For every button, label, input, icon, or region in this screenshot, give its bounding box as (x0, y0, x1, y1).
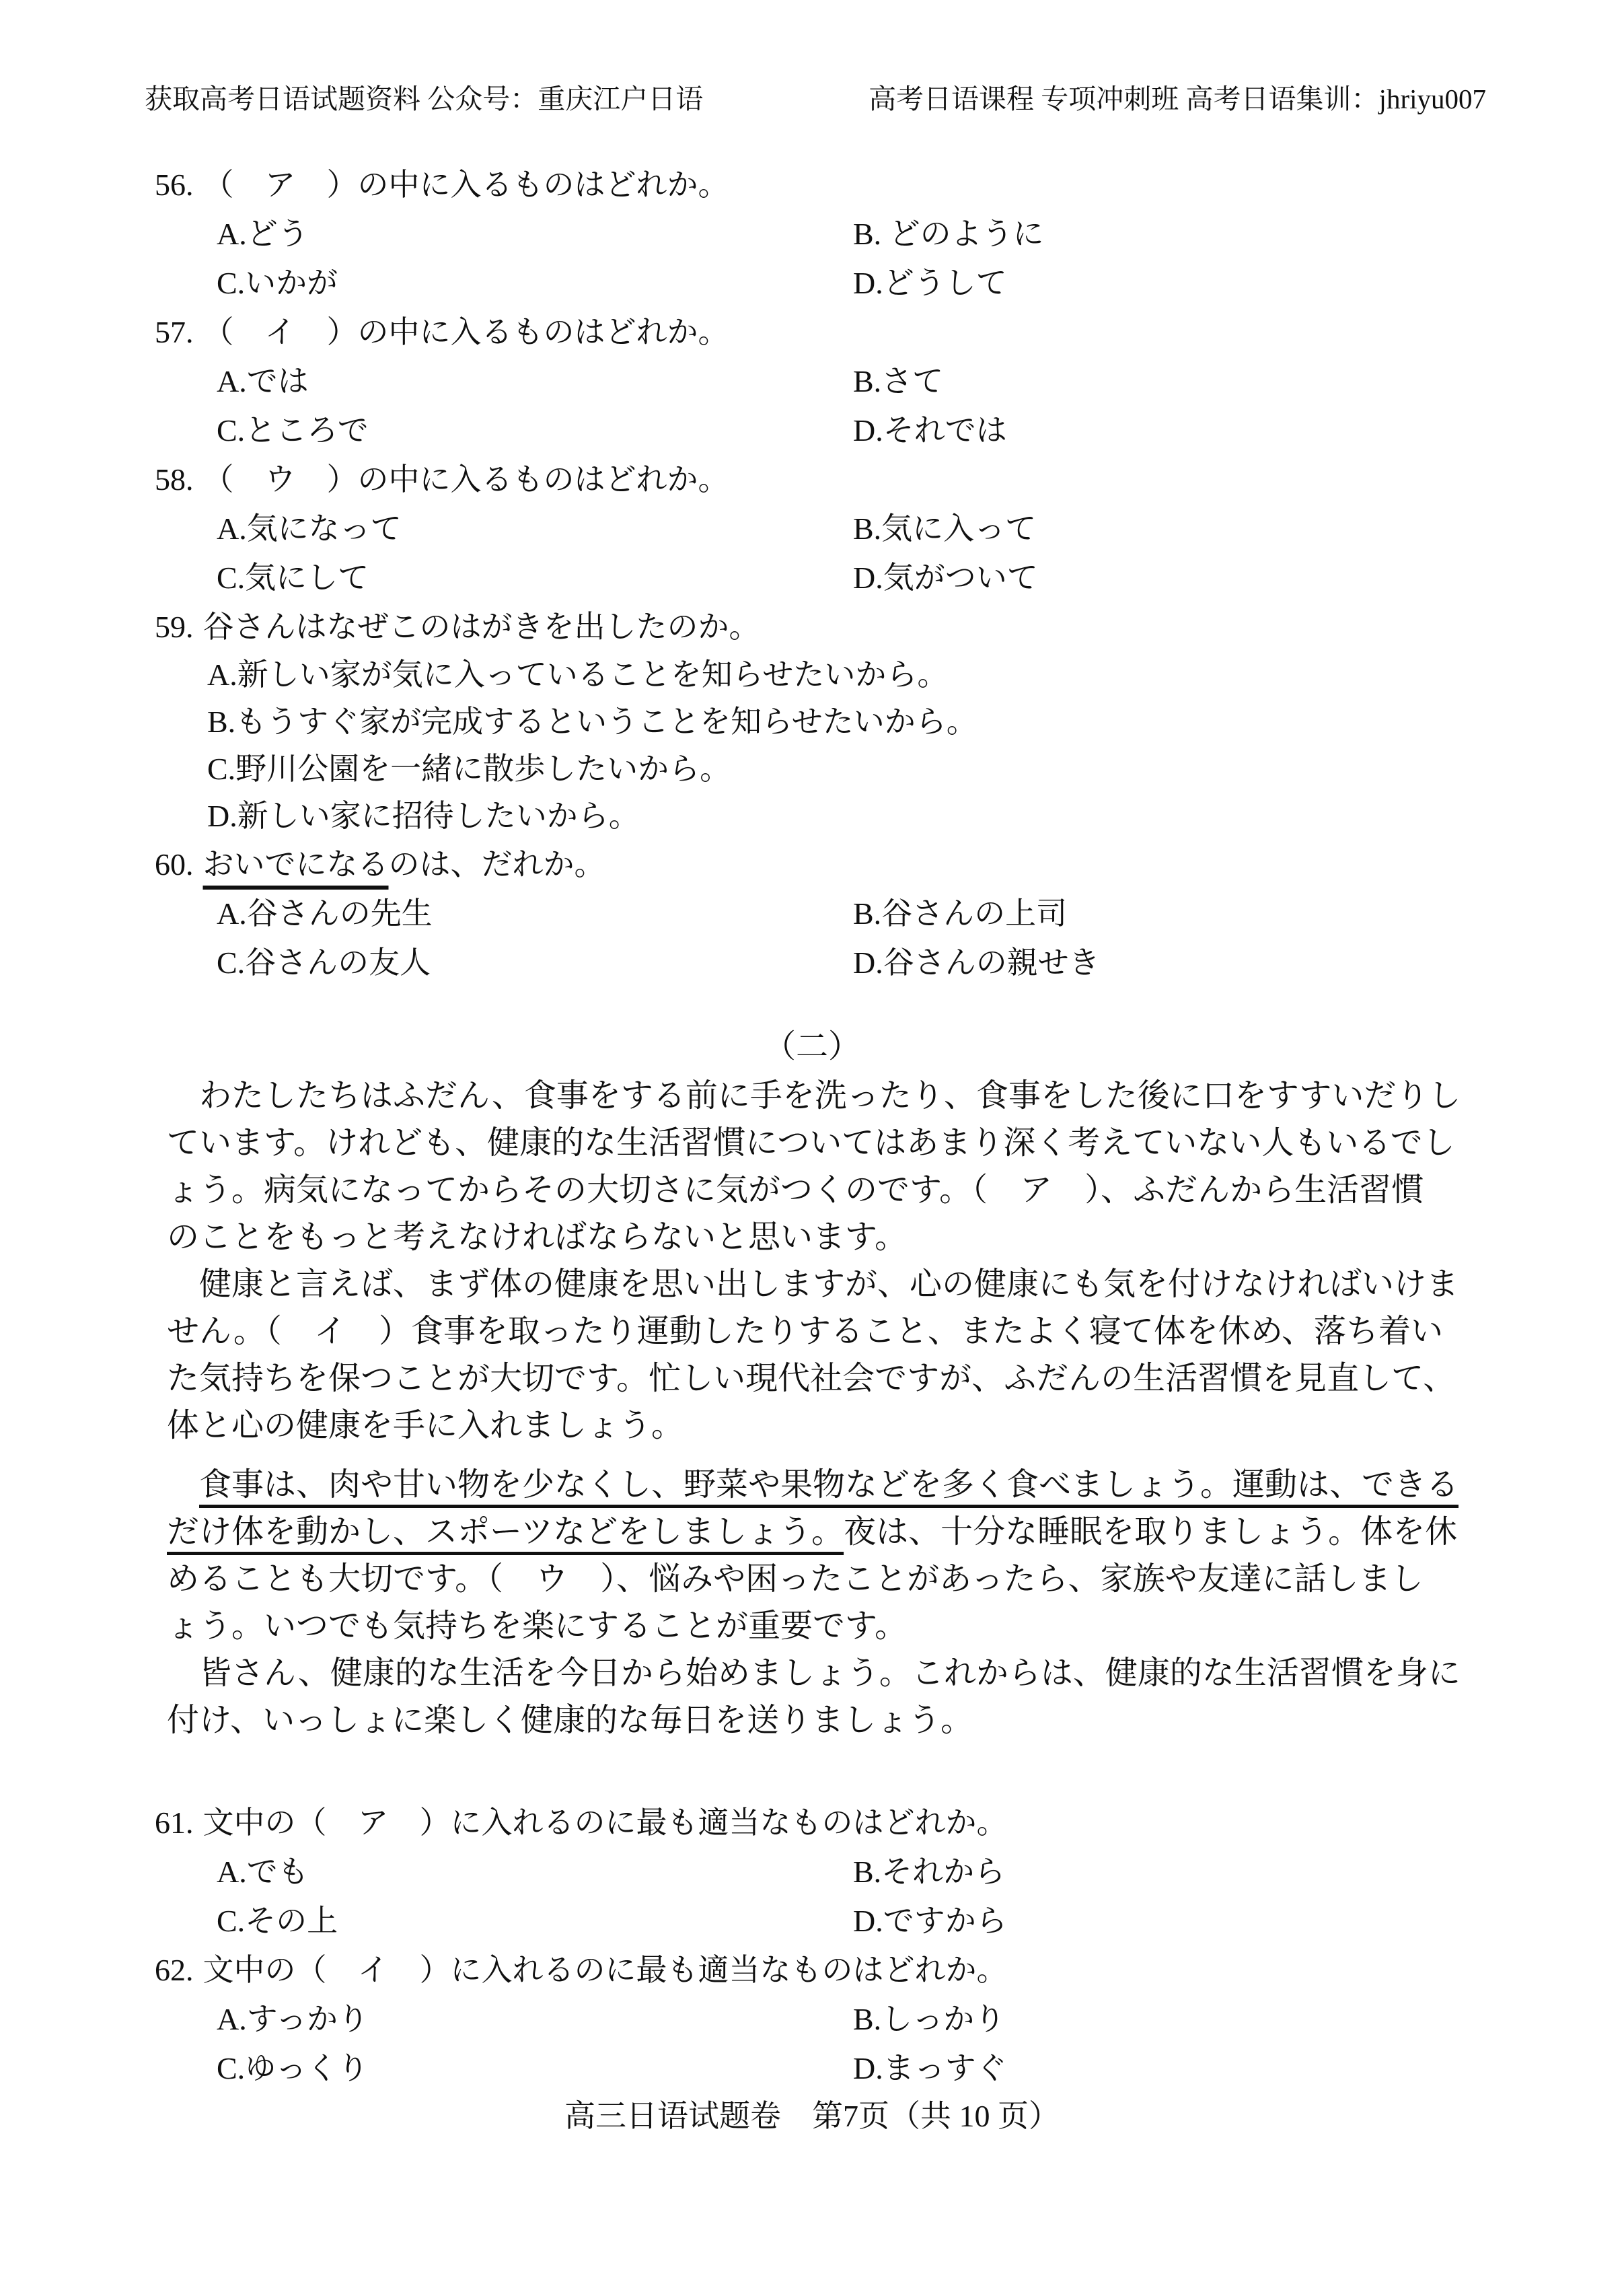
page-header: 获取高考日语试题资料 公众号：重庆江户日语 高考日语课程 专项冲刺班 高考日语集… (145, 82, 1486, 116)
passage-line: ょう。いつでも気持ちを楽にすることが重要です。 (0, 1603, 1624, 1650)
question-stem: 60.おいでになるのは、だれか。 (0, 840, 1624, 889)
passage-underlined-text: 食事は、肉や甘い物を少なくし、野菜や果物などを多く食べましょう。運動は、できる (199, 1467, 1459, 1503)
option-b: B.それから (853, 1847, 1005, 1896)
option-row: C.いかが D.どうして (0, 258, 1624, 308)
question-57: 57.（ イ ）の中に入るものはどれか。 A.では B.さて C.ところで D.… (0, 308, 1624, 455)
section-heading: （二） (0, 1021, 1624, 1073)
question-number: 59. (155, 610, 194, 644)
passage-line: めることも大切です。（ ウ ）、悩みや困ったことがあったら、家族や友達に話しまし (0, 1556, 1624, 1603)
option-a: A.谷さんの先生 (217, 896, 433, 931)
option-c: C.野川公園を一緒に散歩したいから。 (0, 746, 1624, 793)
option-row: C.気にして D.気がついて (0, 553, 1624, 602)
option-row: C.ところで D.それでは (0, 406, 1624, 455)
question-number: 60. (155, 847, 194, 882)
option-b: B.谷さんの上司 (853, 889, 1067, 938)
question-stem-text: 文中の（ ア ）に入れるのに最も適当なものはどれか。 (203, 1805, 1008, 1840)
header-left-text: 获取高考日语试题资料 公众号：重庆江户日语 (145, 82, 703, 116)
option-c: C.ところで (217, 413, 369, 447)
option-row: C.谷さんの友人 D.谷さんの親せき (0, 938, 1624, 987)
option-c: C.ゆっくり (217, 2051, 369, 2085)
option-b: B.さて (853, 357, 943, 406)
passage-line: わたしたちはふだん、食事をする前に手を洗ったり、食事をした後に口をすすいだりし (0, 1073, 1624, 1120)
question-number: 58. (155, 462, 194, 497)
option-row: A.すっかり B.しっかり (0, 1995, 1624, 2044)
option-a: A.気になって (217, 511, 402, 546)
passage-line: 皆さん、健康的な生活を今日から始めましょう。これからは、健康的な生活習慣を身に (0, 1650, 1624, 1697)
passage-line: 体と心の健康を手に入れましょう。 (0, 1402, 1624, 1449)
question-56: 56.（ ア ）の中に入るものはどれか。 A.どう B. どのように C.いかが… (0, 160, 1624, 308)
option-row: A.でも B.それから (0, 1847, 1624, 1896)
exam-page: 获取高考日语试题资料 公众号：重庆江户日语 高考日语课程 专项冲刺班 高考日语集… (0, 0, 1624, 2296)
passage-line: 食事は、肉や甘い物を少なくし、野菜や果物などを多く食べましょう。運動は、できる (0, 1462, 1624, 1509)
question-62: 62.文中の（ イ ）に入れるのに最も適当なものはどれか。 A.すっかり B.し… (0, 1945, 1624, 2093)
question-stem-text: のは、だれか。 (389, 847, 605, 882)
exam-body: 56.（ ア ）の中に入るものはどれか。 A.どう B. どのように C.いかが… (0, 160, 1624, 2140)
reading-passage: わたしたちはふだん、食事をする前に手を洗ったり、食事をした後に口をすすいだりし … (0, 1073, 1624, 1744)
option-b: B.しっかり (853, 1995, 1005, 2044)
question-stem: 59.谷さんはなぜこのはがきを出したのか。 (0, 602, 1624, 651)
passage-line: た気持ちを保つことが大切です。忙しい現代社会ですが、ふだんの生活習慣を見直して、 (0, 1355, 1624, 1402)
option-a: A.すっかり (217, 2002, 369, 2036)
option-d: D.それでは (853, 406, 1007, 455)
question-stem: 61.文中の（ ア ）に入れるのに最も適当なものはどれか。 (0, 1798, 1624, 1847)
option-c: C.その上 (217, 1904, 338, 1938)
question-number: 57. (155, 315, 194, 349)
question-stem-underlined-text: おいでになる (203, 847, 389, 882)
question-number: 56. (155, 168, 194, 202)
option-row: A.谷さんの先生 B.谷さんの上司 (0, 889, 1624, 938)
passage-underlined-text: だけ体を動かし、スポーツなどをしましょう。 (167, 1514, 844, 1550)
option-row: C.ゆっくり D.まっすぐ (0, 2044, 1624, 2093)
question-stem: 58.（ ウ ）の中に入るものはどれか。 (0, 455, 1624, 504)
question-stem-text: （ ア ）の中に入るものはどれか。 (203, 168, 729, 202)
option-d: D.新しい家に招待したいから。 (0, 793, 1624, 840)
passage-line: 付け、いっしょに楽しく健康的な毎日を送りましょう。 (0, 1697, 1624, 1744)
header-right-text: 高考日语课程 专项冲刺班 高考日语集训：jhriyu007 (869, 82, 1486, 116)
option-d: D.どうして (853, 258, 1007, 308)
passage-line: ょう。病気になってからその大切さに気がつくのです。（ ア ）、ふだんから生活習慣 (0, 1167, 1624, 1214)
question-stem-text: 文中の（ イ ）に入れるのに最も適当なものはどれか。 (203, 1953, 1008, 1987)
question-stem: 56.（ ア ）の中に入るものはどれか。 (0, 160, 1624, 209)
question-stem: 57.（ イ ）の中に入るものはどれか。 (0, 308, 1624, 357)
option-row: A.どう B. どのように (0, 209, 1624, 258)
option-row: C.その上 D.ですから (0, 1896, 1624, 1945)
passage-line: せん。（ イ ）食事を取ったり運動したりすること、またよく寝て体を休め、落ち着い (0, 1308, 1624, 1355)
passage-line: だけ体を動かし、スポーツなどをしましょう。夜は、十分な睡眠を取りましょう。体を休 (0, 1509, 1624, 1556)
option-a: A.新しい家が気に入っていることを知らせたいから。 (0, 651, 1624, 698)
passage-line: ています。けれども、健康的な生活習慣についてはあまり深く考えていない人もいるでし (0, 1120, 1624, 1167)
passage-line: 健康と言えば、まず体の健康を思い出しますが、心の健康にも気を付けなければいけま (0, 1261, 1624, 1308)
question-stem-text: （ イ ）の中に入るものはどれか。 (203, 315, 729, 349)
option-b: B.気に入って (853, 504, 1036, 553)
question-stem: 62.文中の（ イ ）に入れるのに最も適当なものはどれか。 (0, 1945, 1624, 1995)
option-b: B.もうすぐ家が完成するということを知らせたいから。 (0, 698, 1624, 746)
question-number: 62. (155, 1953, 194, 1987)
option-row: A.気になって B.気に入って (0, 504, 1624, 553)
question-stem-text: 谷さんはなぜこのはがきを出したのか。 (203, 610, 760, 644)
question-58: 58.（ ウ ）の中に入るものはどれか。 A.気になって B.気に入って C.気… (0, 455, 1624, 602)
question-60: 60.おいでになるのは、だれか。 A.谷さんの先生 B.谷さんの上司 C.谷さん… (0, 840, 1624, 987)
option-d: D.気がついて (853, 553, 1038, 602)
question-59: 59.谷さんはなぜこのはがきを出したのか。 A.新しい家が気に入っていることを知… (0, 602, 1624, 840)
option-b: B. どのように (853, 209, 1044, 258)
option-a: A.どう (217, 217, 309, 251)
option-c: C.気にして (217, 561, 369, 595)
option-d: D.ですから (853, 1896, 1007, 1945)
option-c: C.谷さんの友人 (217, 945, 431, 980)
passage-line: のことをもっと考えなければならないと思います。 (0, 1214, 1624, 1261)
passage-text: 夜は、十分な睡眠を取りましょう。体を休 (844, 1514, 1457, 1550)
option-a: A.でも (217, 1855, 309, 1889)
option-d: D.谷さんの親せき (853, 938, 1100, 987)
question-number: 61. (155, 1805, 194, 1840)
option-c: C.いかが (217, 266, 338, 300)
option-d: D.まっすぐ (853, 2044, 1007, 2093)
question-stem-text: （ ウ ）の中に入るものはどれか。 (203, 462, 729, 497)
question-61: 61.文中の（ ア ）に入れるのに最も適当なものはどれか。 A.でも B.それか… (0, 1798, 1624, 1945)
option-row: A.では B.さて (0, 357, 1624, 406)
page-footer: 高三日语试题卷 第7页（共 10 页） (0, 2093, 1624, 2140)
option-a: A.では (217, 364, 309, 398)
